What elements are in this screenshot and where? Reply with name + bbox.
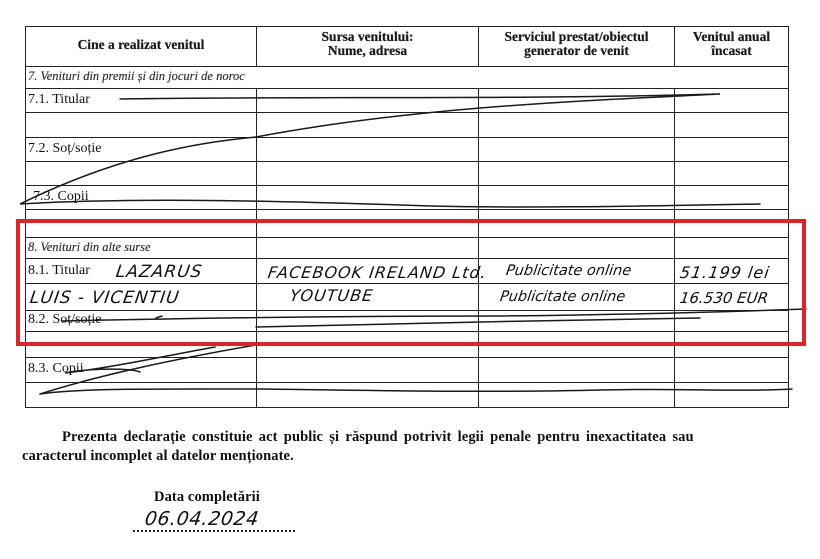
row-line [25,88,788,89]
statement-line-2: caracterul incomplet al datelor menționa… [22,448,294,465]
header-cell-income: Venitul anual încasat [675,30,788,58]
header-source-line2: Nume, adresa [257,44,478,58]
row-label-7-3: 7.3. Copii [33,189,89,205]
header-cell-who: Cine a realizat venitul [26,38,256,52]
header-cell-source: Sursa venitului: Nume, adresa [257,30,478,58]
row-label-7-2: 7.2. Soț/soție [28,141,102,157]
header-source-line1: Sursa venitului: [257,30,478,44]
table-border-left [25,26,26,408]
date-field: 06.04.2024 [133,508,301,534]
date-value: 06.04.2024 [143,508,260,530]
row-line [25,26,788,27]
table-border-right [788,26,789,408]
row-line [25,161,788,162]
row-line [25,185,788,186]
row-line [25,382,788,383]
header-who-label: Cine a realizat venitul [78,37,205,52]
row-line [25,357,788,358]
header-income-line2: încasat [675,44,788,58]
header-service-line1: Serviciul prestat/obiectul [479,30,674,44]
header-income-line1: Venitul anual [675,30,788,44]
row-line [25,137,788,138]
highlight-box [16,219,806,346]
statement-line-1: Prezenta declarație constituie act publi… [62,429,694,446]
date-dotted-line [133,530,295,532]
row-line [25,112,788,113]
row-line [25,407,788,408]
row-line [25,66,788,67]
section-7-title: 7. Venituri din premii și din jocuri de … [28,69,245,84]
header-cell-service: Serviciul prestat/obiectul generator de … [479,30,674,58]
row-label-7-1: 7.1. Titular [28,92,90,108]
date-label: Data completării [154,489,260,506]
header-service-line2: generator de venit [479,44,674,58]
row-label-8-3: 8.3. Copii [28,361,84,377]
row-line [25,209,788,210]
